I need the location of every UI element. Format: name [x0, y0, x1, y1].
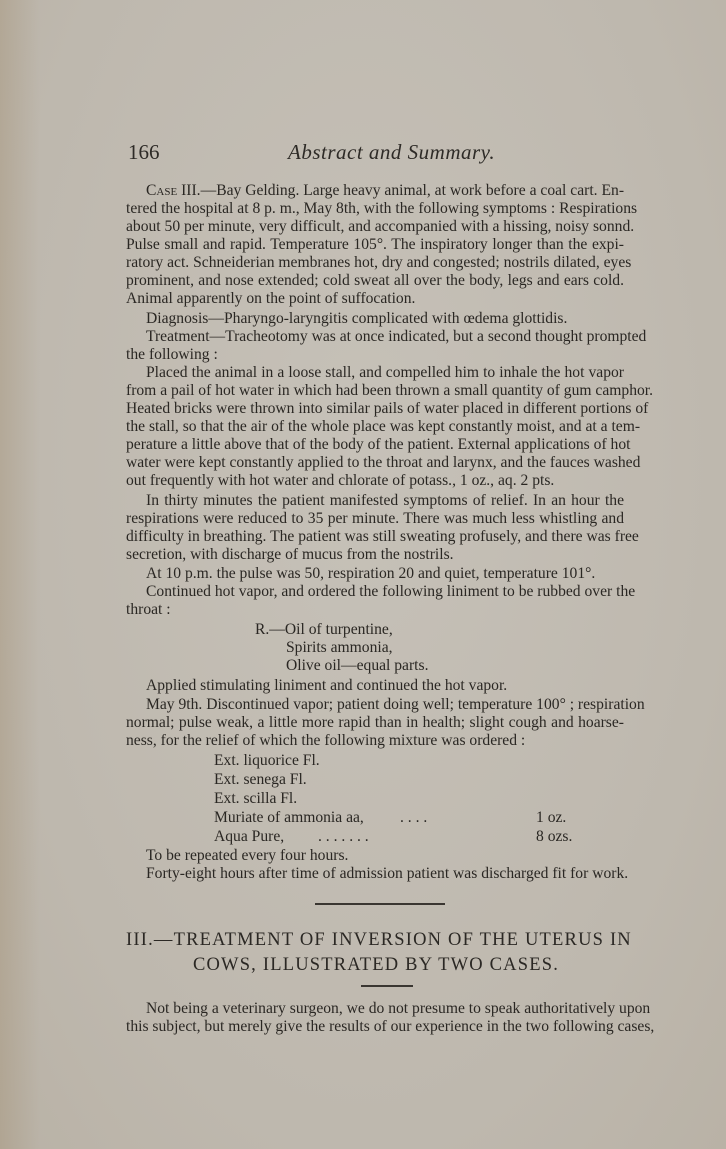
section-heading-line-1: III.—TREATMENT OF INVERSION OF THE UTERU… — [126, 929, 626, 951]
at-10pm: At 10 p.m. the pulse was 50, respiration… — [146, 565, 624, 583]
thirty-line-1: In thirty minutes the patient manifested… — [146, 492, 624, 510]
case-line-3: about 50 per minute, very difficult, and… — [126, 218, 624, 236]
may9-line-1: May 9th. Discontinued vapor; patient doi… — [146, 696, 624, 714]
placed-line-7: out frequently with hot water and chlora… — [126, 472, 624, 490]
applied: Applied stimulating liniment and continu… — [146, 677, 624, 695]
mixture-qty-4: 1 oz. — [536, 809, 566, 827]
running-title: Abstract and Summary. — [288, 140, 495, 165]
thirty-line-2: respirations were reduced to 35 per minu… — [126, 510, 624, 528]
mixture-item-5: Aqua Pure, — [214, 828, 284, 846]
treatment-line-2: the following : — [126, 346, 624, 364]
placed-line-3: Heated bricks were thrown into similar p… — [126, 400, 624, 418]
dot-leader: . . . . . . . — [318, 828, 369, 846]
continued-line-1: Continued hot vapor, and ordered the fol… — [146, 583, 624, 601]
intro-line-2: this subject, but merely give the result… — [126, 1018, 624, 1036]
mixture-item-3: Ext. scilla Fl. — [214, 790, 297, 808]
placed-line-1: Placed the animal in a loose stall, and … — [146, 364, 624, 382]
repeat-note: To be repeated every four hours. — [146, 847, 624, 865]
continued-line-2: throat : — [126, 601, 624, 619]
dot-leader: . . . . — [400, 809, 427, 827]
mixture-item-1: Ext. liquorice Fl. — [214, 752, 320, 770]
discharged-note: Forty-eight hours after time of admissio… — [146, 865, 624, 883]
thirty-line-3: difficulty in breathing. The patient was… — [126, 528, 624, 546]
may9-line-2: normal; pulse weak, a little more rapid … — [126, 714, 624, 732]
case-line-2: tered the hospital at 8 p. m., May 8th, … — [126, 200, 624, 218]
thirty-line-4: secretion, with discharge of mucus from … — [126, 546, 624, 564]
heading-divider — [361, 985, 413, 987]
intro-line-1: Not being a veterinary surgeon, we do no… — [146, 1000, 624, 1018]
mixture-qty-5: 8 ozs. — [536, 828, 572, 846]
placed-line-2: from a pail of hot water in which had be… — [126, 382, 624, 400]
diagnosis: Diagnosis—Pharyngo-laryngitis complicate… — [146, 310, 624, 328]
mixture-item-2: Ext. senega Fl. — [214, 771, 307, 789]
may9-line-3: ness, for the relief of which the follow… — [126, 732, 624, 750]
page-number: 166 — [128, 140, 160, 165]
section-divider — [315, 903, 445, 905]
liniment-2: Spirits ammonia, — [286, 639, 393, 657]
case-line-6: prominent, and nose extended; cold sweat… — [126, 272, 624, 290]
section-heading-line-2: COWS, ILLUSTRATED BY TWO CASES. — [126, 954, 626, 976]
case-line-7: Animal apparently on the point of suffoc… — [126, 290, 624, 308]
liniment-1: R.—Oil of turpentine, — [255, 621, 393, 639]
case-line-5: ratory act. Schneiderian membranes hot, … — [126, 254, 624, 272]
placed-line-5: perature a little above that of the body… — [126, 436, 624, 454]
running-head: 166 Abstract and Summary. — [128, 140, 608, 166]
placed-line-4: the stall, so that the air of the whole … — [126, 418, 624, 436]
mixture-item-4: Muriate of ammonia aa, — [214, 809, 364, 827]
case-label: Case III. — [146, 182, 201, 199]
document-page: 166 Abstract and Summary. Case III.—Bay … — [0, 0, 726, 1149]
placed-line-6: water were kept constantly applied to th… — [126, 454, 624, 472]
case-line-4: Pulse small and rapid. Temperature 105°.… — [126, 236, 624, 254]
treatment-line-1: Treatment—Tracheotomy was at once indica… — [146, 328, 624, 346]
liniment-3: Olive oil—equal parts. — [286, 657, 428, 675]
case-line-1: Case III.—Bay Gelding. Large heavy anima… — [146, 182, 624, 200]
